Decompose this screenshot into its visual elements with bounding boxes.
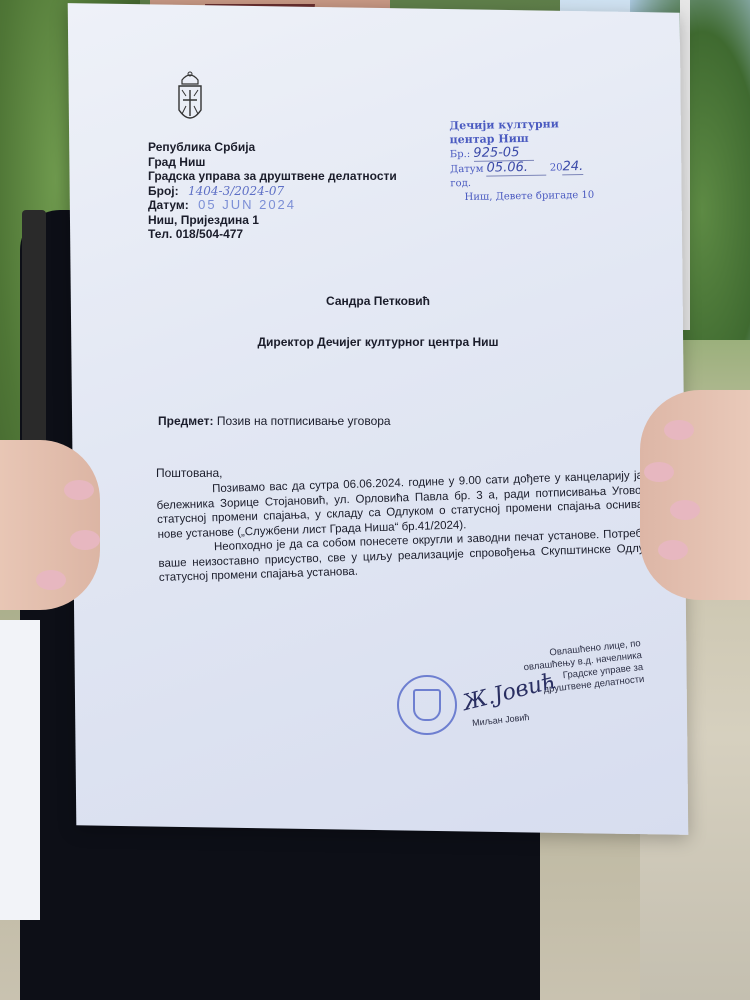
left-hand (0, 440, 100, 610)
issuer-number-value: 1404-3/2024-07 (188, 184, 284, 198)
signer-name: Миљан Јовић (472, 712, 530, 728)
issuer-country: Република Србија (148, 140, 397, 155)
fingernail (658, 540, 688, 560)
letter-body: Позивамо вас да сутра 06.06.2024. године… (156, 468, 669, 585)
issuer-date-label: Датум: (148, 198, 189, 212)
fingernail (70, 530, 100, 550)
registry-stamp: Дечији културни центар Ниш Бр.: 925-05 Д… (449, 117, 600, 206)
letter-document: Република Србија Град Ниш Градска управа… (72, 50, 684, 830)
issuer-date-value: 05 JUN 2024 (198, 197, 296, 212)
registry-stamp-title: Дечији културни центар Ниш (449, 117, 599, 148)
issuer-phone: Тел. 018/504-477 (148, 227, 397, 242)
issuer-department: Градска управа за друштвене делатности (148, 169, 397, 184)
registry-address: Ниш, Девете бригаде 10 (451, 189, 601, 206)
fingernail (64, 480, 94, 500)
issuer-address: Ниш, Пријездина 1 (148, 213, 397, 228)
fingernail (644, 462, 674, 482)
registry-date-label: Датум (450, 164, 483, 176)
registry-date-value: 05.06. (486, 161, 546, 177)
registry-year-value: 24. (562, 160, 583, 175)
issuer-number-row: Број: 1404-3/2024-07 (148, 184, 397, 199)
recipient-name: Сандра Петковић (72, 294, 684, 308)
coat-of-arms-icon (176, 70, 204, 128)
subject-label: Предмет: (158, 414, 214, 428)
subject-text: Позив на потписивање уговора (217, 414, 391, 428)
letter-subject: Предмет: Позив на потписивање уговора (158, 414, 391, 428)
salutation: Поштована, (156, 466, 223, 480)
recipient-role: Директор Дечијег културног центра Ниш (72, 335, 684, 349)
registry-year-prefix: 20 (550, 162, 563, 173)
right-hand (640, 390, 750, 600)
sleeve-left (0, 620, 40, 920)
fingernail (36, 570, 66, 590)
registry-year-suffix: год. (450, 178, 471, 189)
issuer-header: Република Србија Град Ниш Градска управа… (148, 140, 397, 242)
issuer-date-row: Датум: 05 JUN 2024 (148, 198, 397, 213)
fingernail (670, 500, 700, 520)
registry-number-label: Бр.: (450, 149, 471, 160)
issuer-city: Град Ниш (148, 155, 397, 170)
handwritten-signature: Ж.Јовић (460, 669, 558, 716)
official-seal-icon (397, 675, 457, 735)
issuer-number-label: Број: (148, 184, 179, 198)
registry-date-row: Датум 05.06. 2024. год. (450, 160, 600, 192)
fingernail (664, 420, 694, 440)
